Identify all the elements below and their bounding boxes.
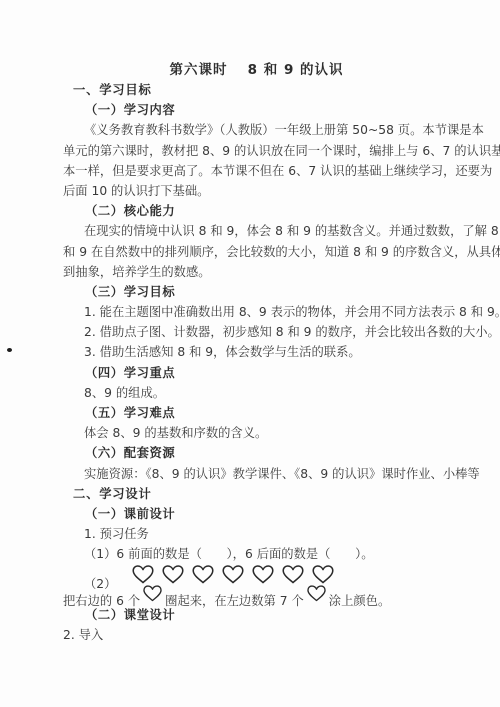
circle-instruction-part2: 圈起来，在左边数第 7 个 [165,594,304,608]
objective-item-3: 3. 借助生活感知 8 和 9，体会数学与生活的联系。 [63,342,450,362]
heart-icon [307,585,326,602]
paragraph-line: 单元的第六课时，教材把 8、9 的认识放在同一个课时，编排上与 6、7 的认识基 [63,141,450,161]
subsection-heading-2-1: （一）课前设计 [63,504,450,524]
heart-icon [143,585,162,602]
heart-icon [282,565,304,584]
paragraph-line: 本一样，但是要求更高了。本节课不但在 6、7 认识的基础上继续学习，还要为 [63,161,450,181]
heart-icon [252,565,274,584]
lesson-step-2-intro: 2. 导入 [63,625,450,645]
section-heading-1: 一、学习目标 [63,80,450,100]
heart-icon [312,565,334,584]
paragraph-line: 后面 10 的认识打下基础。 [63,181,450,201]
section-heading-2: 二、学习设计 [63,484,450,504]
subsection-heading-1-2: （二）核心能力 [63,201,450,221]
preview-task-item-2: （2） [63,565,450,585]
heart-icon [222,565,244,584]
lesson-plan-document: 第六课时 8 和 9 的认识 一、学习目标 （一）学习内容 《义务教育教科书数学… [0,0,500,707]
heart-icon [162,565,184,584]
paragraph-line: 实施资源：《8、9 的认识》教学课件、《8、9 的认识》课时作业、小棒等 [63,464,450,484]
paragraph-line: 《义务教育教科书数学》（人教版）一年级上册第 50~58 页。本节课是本 [63,120,450,140]
subsection-heading-1-3: （三）学习目标 [63,282,450,302]
subsection-heading-1-4: （四）学习重点 [63,363,450,383]
objective-item-1: 1. 能在主题图中准确数出用 8、9 表示的物体，并会用不同方法表示 8 和 9… [63,302,450,322]
paragraph-line: 到抽象，培养学生的数感。 [63,262,450,282]
subsection-heading-1-6: （六）配套资源 [63,443,450,463]
heart-icon [192,565,214,584]
preview-task-item-1: （1）6 前面的数是（ ），6 后面的数是（ ）。 [63,544,450,564]
circle-instruction-part3: 涂上颜色。 [329,594,391,608]
paragraph-line: 在现实的情境中认识 8 和 9，体会 8 和 9 的基数含义。并通过数数，了解 … [63,221,450,241]
subsection-heading-1-1: （一）学习内容 [63,100,450,120]
preview-task-heading: 1. 预习任务 [63,524,450,544]
paragraph-line: 体会 8、9 的基数和序数的含义。 [63,423,450,443]
objective-item-2: 2. 借助点子图、计数器，初步感知 8 和 9 的数序，并会比较出各数的大小。 [63,322,450,342]
paragraph-line: 8、9 的组成。 [63,383,450,403]
circle-instruction-line: 把右边的 6 个圈起来，在左边数第 7 个涂上颜色。 [63,585,450,605]
stray-dot-mark [7,348,12,352]
paragraph-line: 和 9 在自然数中的排列顺序，会比较数的大小，知道 8 和 9 的序数含义，从具… [63,242,450,262]
subsection-heading-1-5: （五）学习难点 [63,403,450,423]
page-title: 第六课时 8 和 9 的认识 [63,60,450,80]
heart-icon [132,565,154,584]
